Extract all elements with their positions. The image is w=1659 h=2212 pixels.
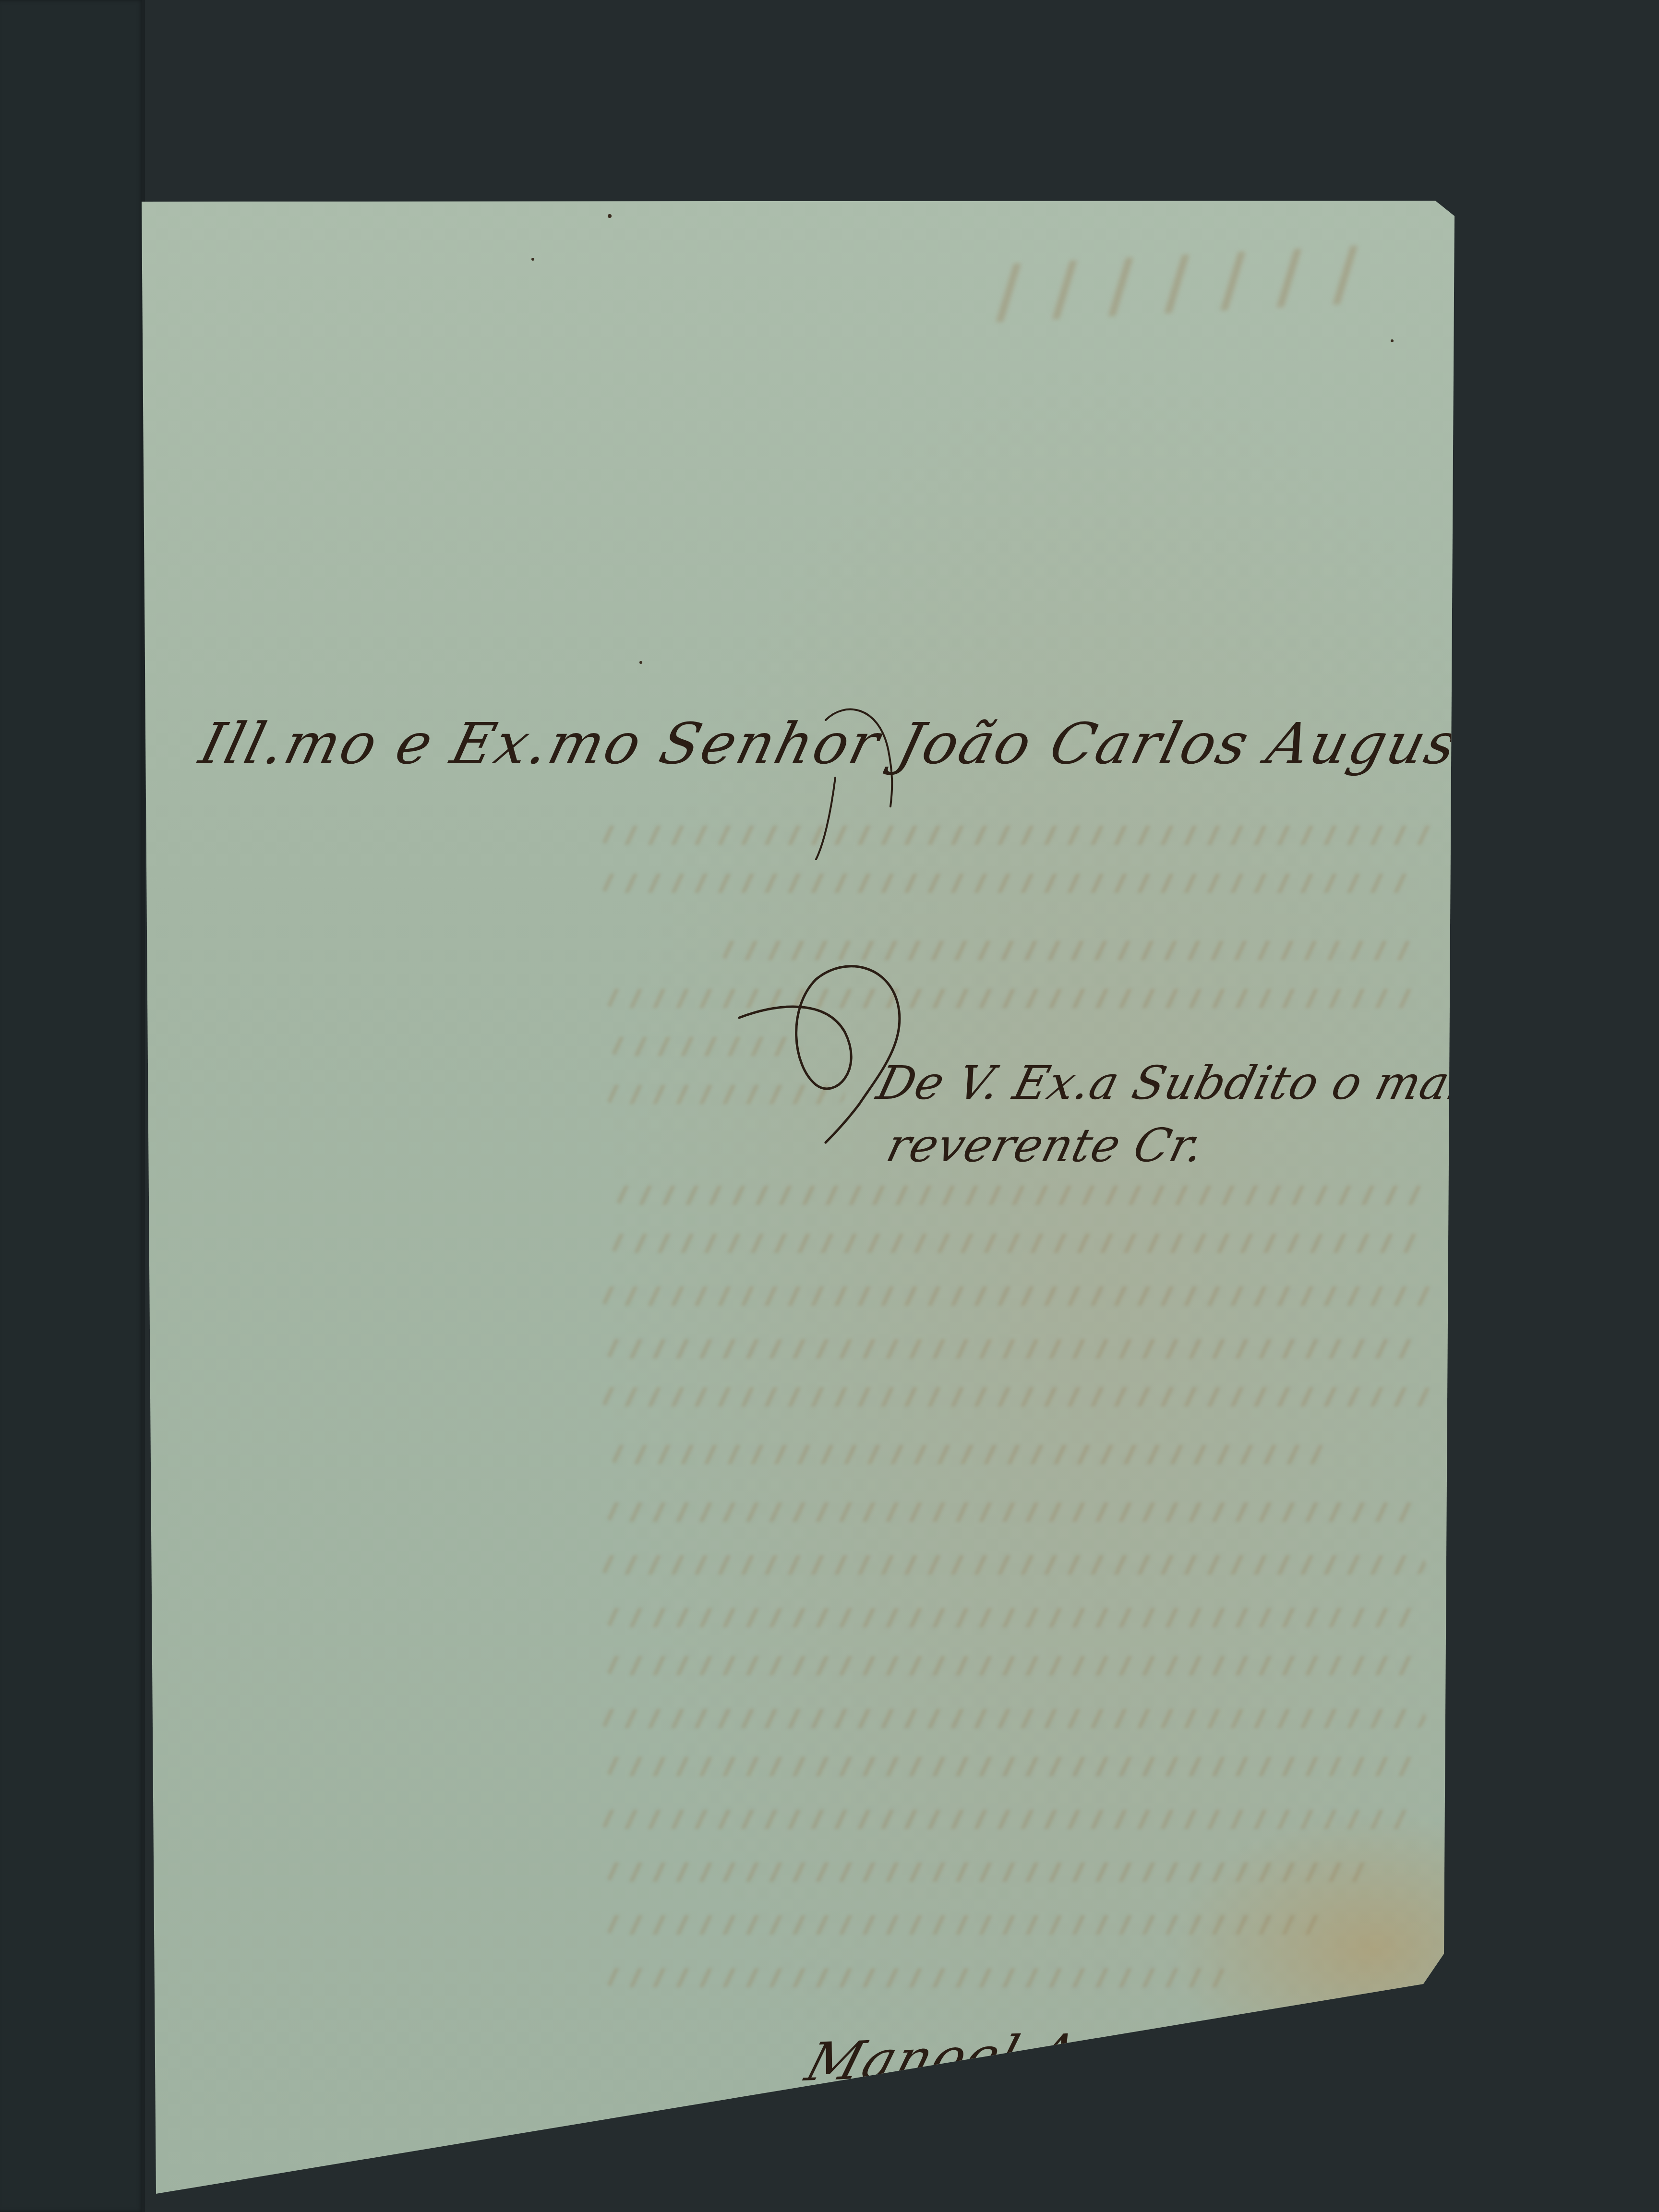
signature: Manoel Antonio Pinto bbox=[799, 2010, 1433, 2093]
bleed-through-line bbox=[600, 826, 1440, 845]
bleed-through-line bbox=[605, 1085, 845, 1104]
bleed-through-line bbox=[605, 1863, 1373, 1882]
salutation-line: Ill.mo e Ex.mo Senhor João Carlos August… bbox=[193, 710, 1659, 777]
bleed-through-line bbox=[600, 1709, 1426, 1728]
bleed-through-header bbox=[992, 244, 1388, 323]
bleed-through-line bbox=[605, 989, 1421, 1008]
bleed-through-line bbox=[600, 1387, 1435, 1407]
bleed-through-line bbox=[600, 1555, 1426, 1575]
bleed-through-line bbox=[605, 1503, 1421, 1522]
bleed-through-line bbox=[610, 1234, 1426, 1253]
letter-sheet: Ill.mo e Ex.mo Senhor João Carlos August… bbox=[0, 0, 1659, 2212]
bleed-through-line bbox=[605, 1757, 1421, 1776]
bleed-through-line bbox=[610, 1445, 1330, 1464]
bleed-through-line bbox=[614, 1186, 1431, 1205]
bleed-through-line bbox=[600, 874, 1416, 893]
bleed-through-line bbox=[605, 1339, 1421, 1358]
bleed-through-line bbox=[720, 941, 1416, 960]
bleed-through-line bbox=[600, 1286, 1440, 1306]
bleed-through-line bbox=[605, 1656, 1421, 1675]
closing-line-2: reverente Cr. bbox=[881, 1118, 1210, 1172]
bleed-through-line bbox=[605, 1608, 1421, 1627]
closing-line-1: De V. Ex.a Subdito o mais bbox=[872, 1056, 1495, 1110]
bleed-through-line bbox=[605, 1968, 1229, 1987]
backdrop-left-panel bbox=[0, 0, 144, 2212]
bleed-through-line bbox=[610, 1037, 802, 1056]
bleed-through-line bbox=[600, 1810, 1416, 1829]
bleed-through-line bbox=[605, 1915, 1325, 1935]
